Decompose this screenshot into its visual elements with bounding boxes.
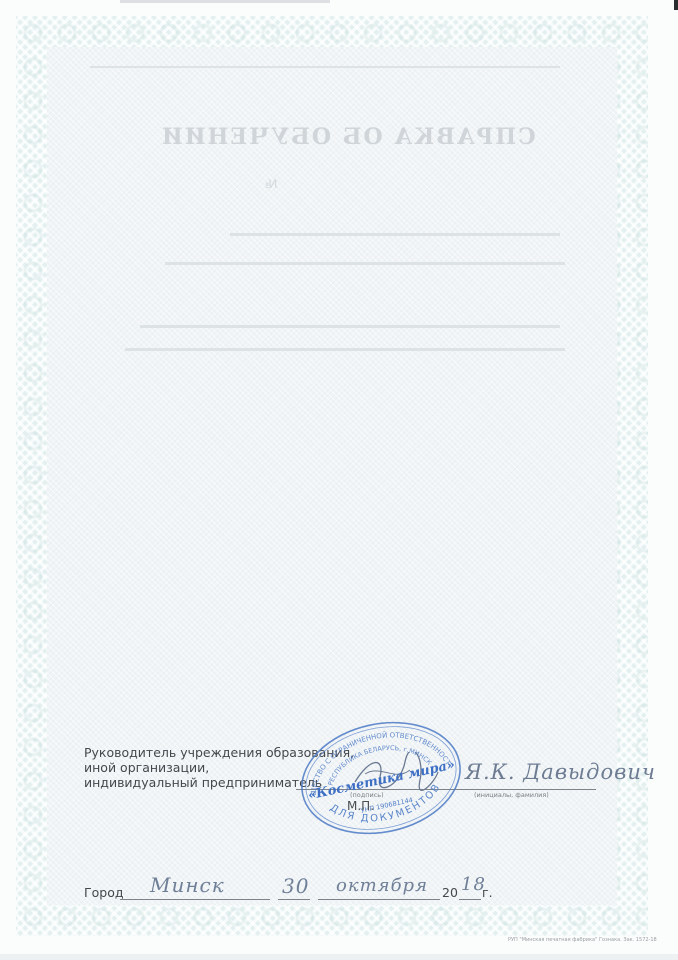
city-line <box>120 899 270 900</box>
year-suffix: 18 <box>461 874 486 895</box>
city-value: Минск <box>150 873 225 897</box>
company-stamp: ОБЩЕСТВО С ОГРАНИЧЕННОЙ ОТВЕТСТВЕННОСТЬЮ… <box>296 718 466 838</box>
day-line <box>278 899 310 900</box>
year-line <box>459 899 481 900</box>
bleed-through-number: № <box>265 177 277 191</box>
name-caption: (инициалы, фамилия) <box>474 791 549 799</box>
scan-shadow <box>120 0 330 3</box>
day-value: 30 <box>282 874 309 898</box>
handwritten-name: Я.К. Давыдович <box>465 760 656 784</box>
month-line <box>318 899 440 900</box>
scan-corner <box>674 0 678 10</box>
year-prefix: 20 <box>442 885 458 900</box>
seal-label: М.П. <box>347 799 374 813</box>
month-value: октября <box>336 875 428 896</box>
bleed-through-line <box>140 325 560 328</box>
bleed-through-line <box>230 233 560 236</box>
scan-edge <box>0 954 678 960</box>
bleed-through-line <box>125 348 565 351</box>
bleed-through-line <box>90 66 560 68</box>
bleed-through-title: СПРАВКА ОБ ОБУЧЕНИИ <box>160 124 536 150</box>
printer-footer: РУП "Минская печатная фабрика" Гознака. … <box>508 937 657 943</box>
bleed-through-line <box>165 262 565 265</box>
city-label: Город <box>84 885 124 900</box>
